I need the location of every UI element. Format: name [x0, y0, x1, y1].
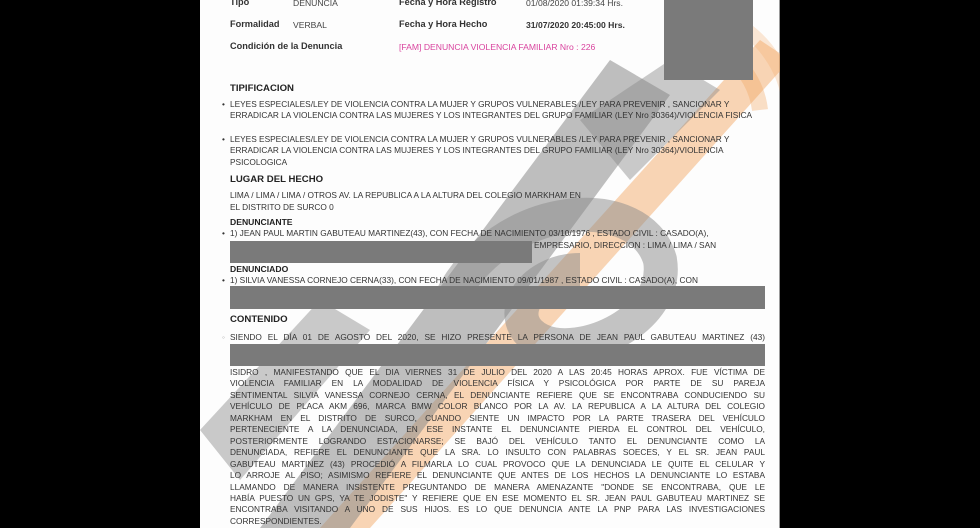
contenido-first-line: ◦ SIENDO EL DÍA 01 DE AGOSTO DEL 2020, S…: [222, 332, 770, 343]
lugar-line-2: EL DISTRITO DE SURCO 0: [230, 202, 765, 213]
contenido-line: ISIDRO , MANIFESTANDO QUE EL DIA VIERNES…: [230, 367, 765, 378]
contenido-last-line: CORRESPONDIENTES.: [230, 516, 765, 527]
fecha-hecho-value: 31/07/2020 20:45:00 Hrs.: [526, 20, 625, 30]
fecha-hecho-label: Fecha y Hora Hecho: [399, 19, 487, 29]
bullet-icon: •: [222, 134, 225, 145]
contenido-title: CONTENIDO: [230, 314, 288, 325]
contenido-line: PERTENECIENTE A LA DENUNCIADA, EN ESE IN…: [230, 424, 765, 435]
denunciante-line-2: EMPRESARIO, DIRECCION : LIMA / LIMA / SA…: [534, 240, 774, 251]
lugar-title: LUGAR DEL HECHO: [230, 174, 323, 185]
denunciante-item: • 1) JEAN PAUL MARTIN GABUTEAU MARTINEZ(…: [222, 228, 770, 239]
redaction-block-photo: [664, 0, 753, 80]
formalidad-value: VERBAL: [293, 20, 327, 30]
contenido-line: ENCONTRABA VISITANDO A UNO DE SUS HIJOS.…: [230, 504, 765, 515]
denunciante-title: DENUNCIANTE: [230, 217, 293, 227]
contenido-line: SENTIMENTAL SILVIA VANESSA CORNEJO CERNA…: [230, 390, 765, 401]
denunciado-item: • 1) SILVIA VANESSA CORNEJO CERNA(33), C…: [222, 275, 770, 286]
redaction-block: [230, 344, 765, 366]
formalidad-label: Formalidad: [230, 19, 280, 29]
tipo-label: Tipo: [230, 0, 249, 7]
contenido-line: POSTERIORMENTE LOGRANDO ESTACIONARSE; SE…: [230, 436, 765, 447]
tipificacion-title: TIPIFICACION: [230, 83, 294, 94]
document-page: Tipo DENUNCIA Fecha y Hora Registro 01/0…: [200, 0, 780, 528]
denunciado-title: DENUNCIADO: [230, 264, 288, 274]
tipificacion-item: • LEYES ESPECIALES/LEY DE VIOLENCIA CONT…: [222, 99, 770, 122]
contenido-line: HABÍA PUESTO UN GPS, YA TE JODISTE" Y RE…: [230, 493, 765, 504]
lugar-line-1: LIMA / LIMA / LIMA / OTROS AV. LA REPUBL…: [230, 190, 765, 201]
contenido-line: GABUTEAU MARTINEZ (43) PROCEDIÓ A FILMAR…: [230, 459, 765, 470]
contenido-line: VEHÍCULO DE PLACA AKM 696, MARCA BMW COL…: [230, 401, 765, 412]
contenido-line: MARKHAM EN EL DISTRITO DE SURCO, CUANDO …: [230, 413, 765, 424]
bullet-icon: •: [222, 275, 225, 286]
fecha-registro-label: Fecha y Hora Registro: [399, 0, 497, 7]
condicion-label: Condición de la Denuncia: [230, 41, 342, 51]
redaction-block: [230, 286, 765, 309]
condicion-value: [FAM] DENUNCIA VIOLENCIA FAMILIAR Nro : …: [399, 42, 595, 52]
contenido-line: LO ARROJE AL PISO; ASIMISMO REFIERE EL D…: [230, 470, 765, 481]
bullet-icon: •: [222, 99, 225, 110]
redaction-block: [230, 241, 532, 263]
fecha-registro-value: 01/08/2020 01:39:34 Hrs.: [526, 0, 623, 8]
contenido-line: DENUNCIADA, REFIERE EL DENUNCIANTE QUE L…: [230, 447, 765, 458]
tipo-value: DENUNCIA: [293, 0, 338, 8]
contenido-line: LLAMANDO DE MANERA INSISTENTE PREGUNTAND…: [230, 482, 765, 493]
contenido-line: VIOLENCIA FAMILIAR EN LA MODALIDAD DE VI…: [230, 378, 765, 389]
bullet-icon: ◦: [222, 332, 225, 343]
bullet-icon: •: [222, 228, 225, 239]
tipificacion-item: • LEYES ESPECIALES/LEY DE VIOLENCIA CONT…: [222, 134, 770, 168]
